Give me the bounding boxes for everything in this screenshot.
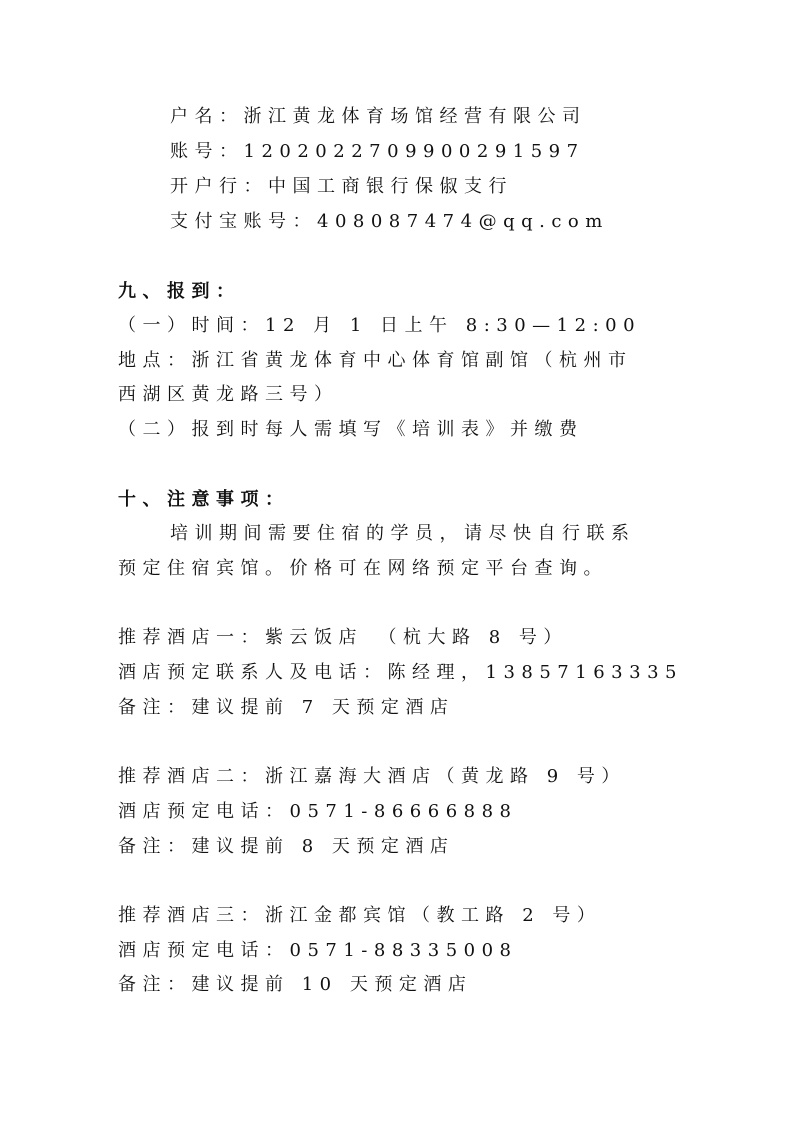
registration-location-1: 地点：浙江省黄龙体育中心体育馆副馆（杭州市 <box>118 349 633 373</box>
hotel-1-contact: 酒店预定联系人及电话：陈经理，13857163335 <box>118 661 683 685</box>
hotel-2-name: 推荐酒店二：浙江嘉海大酒店（黄龙路 9 号） <box>118 765 626 789</box>
alipay-account: 支付宝账号：408087474@qq.com <box>170 210 609 234</box>
account-number: 账号：1202022709900291597 <box>170 140 585 164</box>
hotel-3-name: 推荐酒店三：浙江金都宾馆（教工路 2 号） <box>118 904 601 928</box>
hotel-1-note: 备注：建议提前 7 天预定酒店 <box>118 696 454 720</box>
hotel-2-note: 备注：建议提前 8 天预定酒店 <box>118 835 454 859</box>
section-9-heading: 九、报到： <box>118 280 241 304</box>
registration-form-note: （二）报到时每人需填写《培训表》并缴费 <box>118 418 584 442</box>
bank-name: 开户行：中国工商银行保俶支行 <box>170 175 513 199</box>
hotel-1-name: 推荐酒店一：紫云饭店 （杭大路 8 号） <box>118 626 568 650</box>
hotel-3-note: 备注：建议提前 10 天预定酒店 <box>118 973 472 997</box>
registration-location-2: 西湖区黄龙路三号） <box>118 383 339 407</box>
account-name: 户名：浙江黄龙体育场馆经营有限公司 <box>170 105 587 129</box>
notice-paragraph-1: 培训期间需要住宿的学员，请尽快自行联系 <box>170 522 636 546</box>
notice-paragraph-2: 预定住宿宾馆。价格可在网络预定平台查询。 <box>118 557 608 581</box>
hotel-2-contact: 酒店预定电话：0571-86666888 <box>118 800 518 824</box>
registration-time: （一）时间：12 月 1 日上午 8:30—12:00 <box>118 314 641 338</box>
hotel-3-contact: 酒店预定电话：0571-88335008 <box>118 939 518 963</box>
section-10-heading: 十、注意事项： <box>118 488 290 512</box>
